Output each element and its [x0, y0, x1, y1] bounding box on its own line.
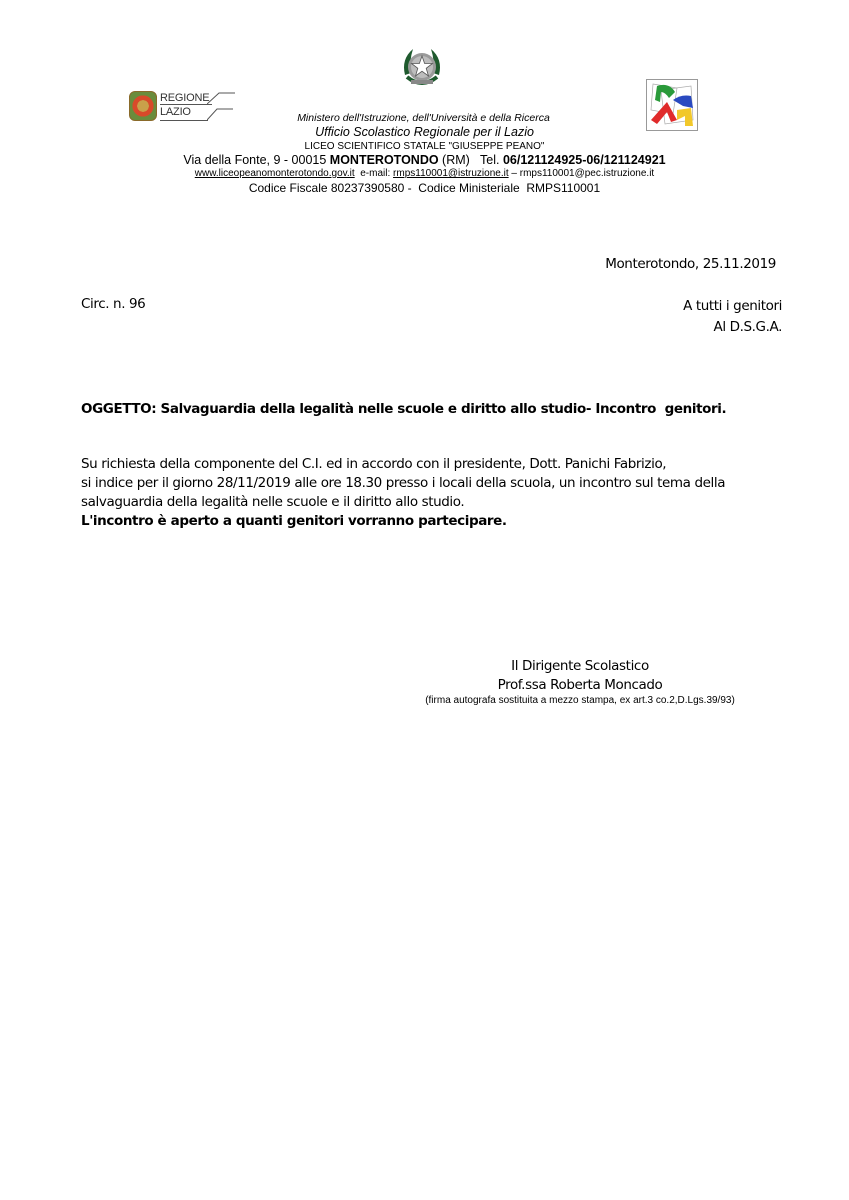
pec-email: rmps110001@pec.istruzione.it	[520, 168, 654, 179]
phone-number: 06/121124925-06/121124921	[503, 153, 666, 167]
recipients: A tutti i genitori Al D.S.G.A.	[683, 296, 782, 338]
office-name: Ufficio Scolastico Regionale per il Lazi…	[0, 125, 849, 139]
divider	[160, 104, 212, 105]
signature-block: Il Dirigente Scolastico Prof.ssa Roberta…	[390, 657, 770, 695]
body-bold-line: L'incontro è aperto a quanti genitori vo…	[81, 512, 725, 531]
recipient: Al D.S.G.A.	[683, 317, 782, 338]
signature-title: Il Dirigente Scolastico	[390, 657, 770, 676]
signature-name: Prof.ssa Roberta Moncado	[390, 676, 770, 695]
circular-number: Circ. n. 96	[81, 296, 145, 312]
body-line: Su richiesta della componente del C.I. e…	[81, 455, 725, 474]
address-street: Via della Fonte, 9 - 00015	[183, 153, 329, 167]
address-province: (RM) Tel.	[439, 153, 503, 167]
body-line: si indice per il giorno 28/11/2019 alle …	[81, 474, 725, 493]
email-link[interactable]: rmps110001@istruzione.it	[393, 168, 509, 179]
website-link[interactable]: www.liceopeanomonterotondo.gov.it	[195, 168, 355, 179]
letter-body: Su richiesta della componente del C.I. e…	[81, 455, 725, 531]
school-address: Via della Fonte, 9 - 00015 MONTEROTONDO …	[0, 153, 849, 167]
fiscal-codes: Codice Fiscale 80237390580 - Codice Mini…	[0, 181, 849, 195]
separator: –	[509, 168, 520, 179]
italian-republic-emblem-icon	[397, 45, 447, 91]
body-line: salvaguardia della legalità nelle scuole…	[81, 493, 725, 512]
recipient: A tutti i genitori	[683, 296, 782, 317]
lazio-logo-text-1: REGIONE	[160, 92, 209, 104]
ministry-text: Ministero dell'Istruzione, dell'Universi…	[297, 112, 550, 124]
signature-note: (firma autografa sostituita a mezzo stam…	[390, 695, 770, 706]
school-name: LICEO SCIENTIFICO STATALE "GIUSEPPE PEAN…	[0, 141, 849, 152]
letter-subject: OGGETTO: Salvaguardia della legalità nel…	[81, 401, 726, 417]
school-contacts: www.liceopeanomonterotondo.gov.it e-mail…	[0, 168, 849, 179]
email-label: e-mail:	[355, 168, 393, 179]
address-city: MONTEROTONDO	[330, 153, 439, 167]
ministry-name: Ministero dell'Istruzione, dell'Universi…	[0, 112, 849, 124]
place-date: Monterotondo, 25.11.2019	[605, 256, 776, 272]
